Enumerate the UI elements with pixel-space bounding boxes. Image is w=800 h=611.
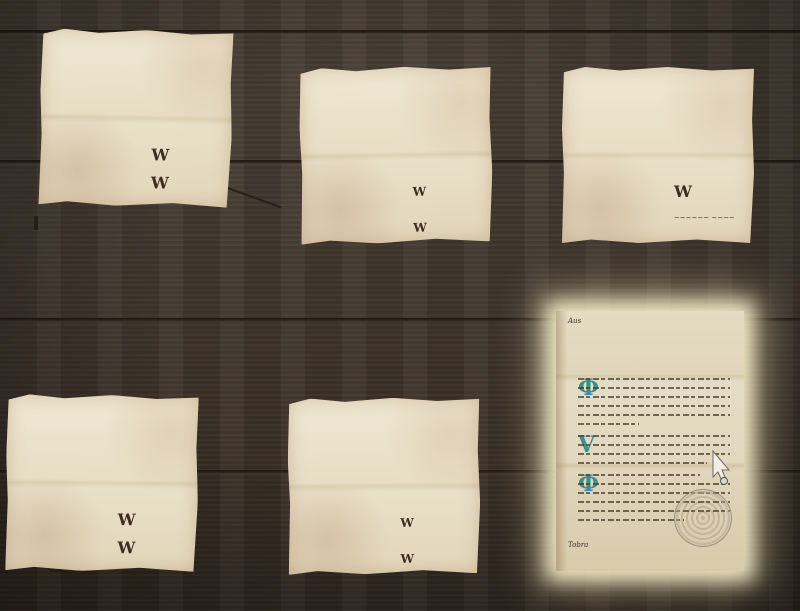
- letter-signature: ~~~~~~ ~~~~: [674, 214, 735, 222]
- letter-initial: W: [401, 552, 415, 566]
- letter-initial: W: [674, 185, 692, 199]
- letter-card-5[interactable]: W W: [287, 397, 481, 575]
- letter-card-6-selected[interactable]: Aus Ф V Ф Tobra: [556, 311, 744, 571]
- letter-card-3[interactable]: W ~~~~~~ ~~~~: [562, 67, 754, 243]
- letter-initial: W: [400, 516, 414, 530]
- letter-card-2[interactable]: W W: [298, 65, 493, 244]
- letter-corner-note: Tobra: [568, 541, 588, 549]
- quill-cursor-icon: [711, 450, 733, 486]
- wax-seal-stamp: [674, 489, 732, 547]
- letter-initial: W: [413, 184, 427, 198]
- letter-initial: W: [413, 220, 427, 234]
- letter-initial: W: [117, 541, 135, 555]
- letter-corner-note: Aus: [568, 317, 581, 325]
- letter-card-1[interactable]: W W: [38, 28, 233, 207]
- letter-initial: W: [118, 513, 136, 527]
- letter-initial: W: [151, 176, 169, 190]
- letter-initial: W: [151, 148, 169, 162]
- letter-card-4[interactable]: W W: [5, 394, 199, 572]
